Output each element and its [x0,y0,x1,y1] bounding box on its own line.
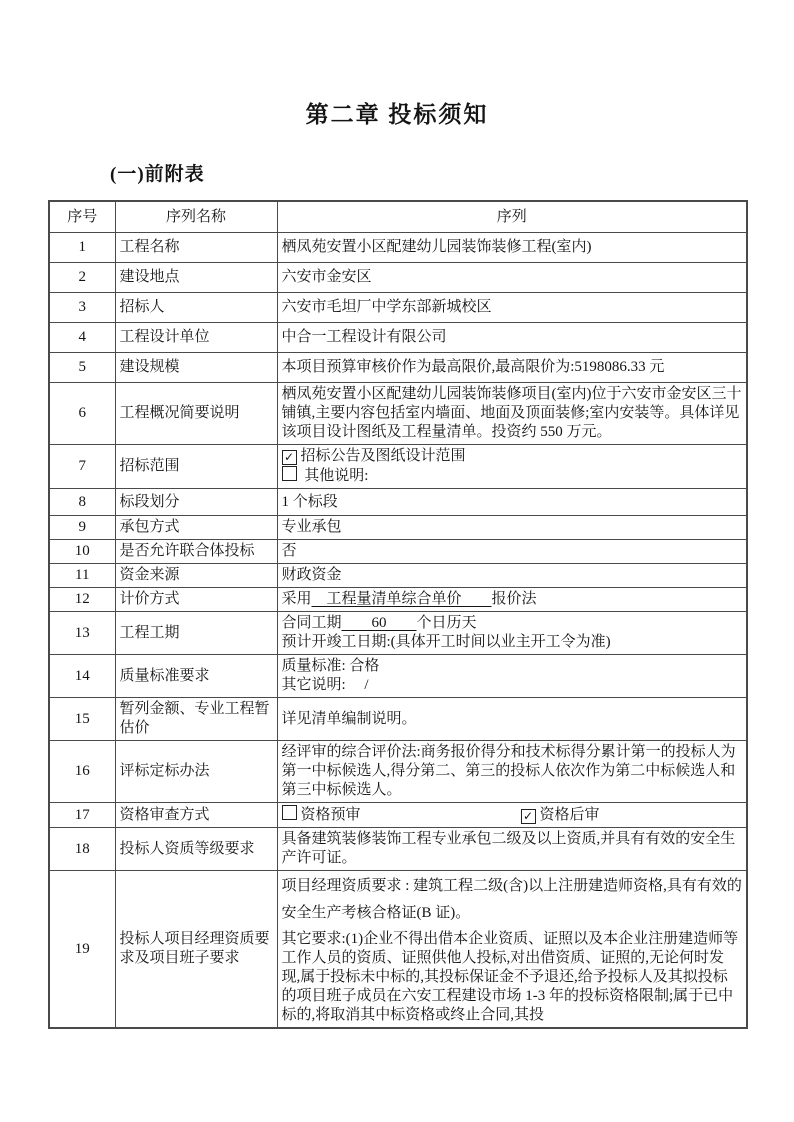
spacer [361,818,521,819]
row-item-name: 暂列金额、专业工程暂估价 [115,698,277,741]
row-item-content: 项目经理资质要求 : 建筑工程二级(含)以上注册建造师资格,具有有效的安全生产考… [277,871,747,1029]
row-item-name: 工程工期 [115,612,277,655]
content-text: 详见清单编制说明。 [282,711,417,727]
content-text: 六安市金安区 [282,269,372,285]
row-serial-number: 2 [49,263,115,293]
row-item-content: 专业承包 [277,516,747,540]
content-text: 栖凤苑安置小区配建幼儿园装饰装修工程(室内) [282,239,592,255]
checkbox-unchecked-icon [282,805,297,820]
table-row: 19投标人项目经理资质要求及项目班子要求项目经理资质要求 : 建筑工程二级(含)… [49,871,747,1029]
row-item-name: 投标人项目经理资质要求及项目班子要求 [115,871,277,1029]
content-paragraph: 采用 工程量清单综合单价 报价法 [282,590,743,609]
table-row: 11资金来源 财政资金 [49,564,747,588]
row-item-name: 是否允许联合体投标 [115,540,277,564]
row-item-name: 承包方式 [115,516,277,540]
row-serial-number: 13 [49,612,115,655]
checkbox-unchecked-icon [282,466,297,481]
content-paragraph: 专业承包 [282,518,743,537]
table-header-row: 序号 序列名称 序列 [49,201,747,233]
row-serial-number: 7 [49,445,115,489]
table-row: 14质量标准要求质量标准: 合格其它说明: / [49,655,747,698]
table-row: 6工程概况简要说明栖凤苑安置小区配建幼儿园装饰装修项目(室内)位于六安市金安区三… [49,383,747,445]
content-text: 其它要求:(1)企业不得出借本企业资质、证照以及本企业注册建造师等工作人员的资质… [282,931,739,1023]
row-item-name: 工程概况简要说明 [115,383,277,445]
row-item-content: 合同工期 60 个日历天预计开竣工日期:(具体开工时间以业主开工令为准) [277,612,747,655]
table-row: 8标段划分 1 个标段 [49,489,747,516]
row-serial-number: 9 [49,516,115,540]
row-item-name: 资格审查方式 [115,803,277,828]
row-serial-number: 3 [49,293,115,323]
content-text: 栖凤苑安置小区配建幼儿园装饰装修项目(室内)位于六安市金安区三十铺镇,主要内容包… [282,386,742,440]
content-paragraph: 其它说明: / [282,676,743,695]
row-item-content: 质量标准: 合格其它说明: / [277,655,747,698]
row-item-content: 1 个标段 [277,489,747,516]
table-row: 3招标人六安市毛坦厂中学东部新城校区 [49,293,747,323]
row-item-name: 建设地点 [115,263,277,293]
row-item-name: 评标定标办法 [115,741,277,803]
content-paragraph: 财政资金 [282,566,743,585]
row-item-content: 六安市金安区 [277,263,747,293]
content-text: 招标公告及图纸设计范围 [301,448,466,464]
row-item-content: 本项目预算审核价作为最高限价,最高限价为:5198086.33 元 [277,353,747,383]
row-serial-number: 19 [49,871,115,1029]
content-paragraph: 其它要求:(1)企业不得出借本企业资质、证照以及本企业注册建造师等工作人员的资质… [282,930,743,1025]
content-text: 合同工期 [282,615,342,631]
table-row: 17资格审查方式资格预审✓资格后审 [49,803,747,828]
table-row: 7招标范围✓招标公告及图纸设计范围 其他说明: [49,445,747,489]
row-item-content: 中合一工程设计有限公司 [277,323,747,353]
content-paragraph: 经评审的综合评价法:商务报价得分和技术标得分累计第一的投标人为第一中标候选人,得… [282,743,743,800]
row-item-name: 工程名称 [115,233,277,263]
row-item-name: 投标人资质等级要求 [115,828,277,871]
content-text: 报价法 [492,591,537,607]
content-text: 经评审的综合评价法:商务报价得分和技术标得分累计第一的投标人为第一中标候选人,得… [282,744,736,798]
row-serial-number: 14 [49,655,115,698]
content-text: 六安市毛坦厂中学东部新城校区 [282,299,492,315]
row-serial-number: 4 [49,323,115,353]
row-item-content: 具备建筑装修装饰工程专业承包二级及以上资质,并具有有效的安全生产许可证。 [277,828,747,871]
row-serial-number: 8 [49,489,115,516]
section-title: (一)前附表 [110,159,794,186]
content-text: 其他说明: [301,468,369,484]
row-item-name: 计价方式 [115,588,277,612]
content-text: 否 [282,543,297,559]
chapter-title: 第二章 投标须知 [0,0,794,129]
row-serial-number: 18 [49,828,115,871]
content-paragraph: ✓招标公告及图纸设计范围 [282,447,743,466]
content-text: 本项目预算审核价作为最高限价,最高限价为:5198086.33 元 [282,359,665,375]
row-item-content: 采用 工程量清单综合单价 报价法 [277,588,747,612]
table-row: 4工程设计单位中合一工程设计有限公司 [49,323,747,353]
content-text: 专业承包 [282,519,342,535]
row-item-content: 栖凤苑安置小区配建幼儿园装饰装修工程(室内) [277,233,747,263]
row-item-content: 栖凤苑安置小区配建幼儿园装饰装修项目(室内)位于六安市金安区三十铺镇,主要内容包… [277,383,747,445]
row-serial-number: 10 [49,540,115,564]
front-attached-table: 序号 序列名称 序列 1工程名称栖凤苑安置小区配建幼儿园装饰装修工程(室内)2建… [48,200,748,1029]
row-serial-number: 16 [49,741,115,803]
row-item-name: 招标范围 [115,445,277,489]
content-paragraph: 预计开竣工日期:(具体开工时间以业主开工令为准) [282,633,743,652]
header-serial-number: 序号 [49,201,115,233]
content-paragraph: 本项目预算审核价作为最高限价,最高限价为:5198086.33 元 [282,358,743,377]
content-paragraph: 栖凤苑安置小区配建幼儿园装饰装修工程(室内) [282,238,743,257]
content-text: 其它说明: / [282,677,369,693]
content-paragraph: 栖凤苑安置小区配建幼儿园装饰装修项目(室内)位于六安市金安区三十铺镇,主要内容包… [282,385,743,442]
row-item-content: 经评审的综合评价法:商务报价得分和技术标得分累计第一的投标人为第一中标候选人,得… [277,741,747,803]
content-paragraph: 否 [282,542,743,561]
content-paragraph: 资格预审✓资格后审 [282,805,743,825]
table-row: 5建设规模 本项目预算审核价作为最高限价,最高限价为:5198086.33 元 [49,353,747,383]
header-item-name: 序列名称 [115,201,277,233]
content-paragraph: 详见清单编制说明。 [282,710,743,729]
table-row: 1工程名称栖凤苑安置小区配建幼儿园装饰装修工程(室内) [49,233,747,263]
content-text: 资格后审 [540,807,600,823]
row-item-content: 否 [277,540,747,564]
document-page: 第二章 投标须知 (一)前附表 序号 序列名称 序列 1工程名称栖凤苑安置小区配… [0,0,794,1122]
content-paragraph: 其他说明: [282,466,743,486]
content-paragraph: 中合一工程设计有限公司 [282,328,743,347]
table-row: 15暂列金额、专业工程暂估价详见清单编制说明。 [49,698,747,741]
table-row: 18投标人资质等级要求具备建筑装修装饰工程专业承包二级及以上资质,并具有有效的安… [49,828,747,871]
row-item-content: 财政资金 [277,564,747,588]
content-text: 60 [342,615,417,631]
header-item-content: 序列 [277,201,747,233]
row-item-content: ✓招标公告及图纸设计范围 其他说明: [277,445,747,489]
content-text: 预计开竣工日期:(具体开工时间以业主开工令为准) [282,634,611,650]
row-serial-number: 12 [49,588,115,612]
content-paragraph: 六安市毛坦厂中学东部新城校区 [282,298,743,317]
content-text: 项目经理资质要求 : 建筑工程二级(含)以上注册建造师资格,具有有效的安全生产考… [282,878,742,921]
row-serial-number: 17 [49,803,115,828]
row-item-name: 标段划分 [115,489,277,516]
content-text: 质量标准: 合格 [282,658,380,674]
content-text: 个日历天 [417,615,477,631]
row-item-content: 详见清单编制说明。 [277,698,747,741]
table-row: 10是否允许联合体投标 否 [49,540,747,564]
table-row: 12计价方式采用 工程量清单综合单价 报价法 [49,588,747,612]
table-row: 16评标定标办法经评审的综合评价法:商务报价得分和技术标得分累计第一的投标人为第… [49,741,747,803]
content-text: 具备建筑装修装饰工程专业承包二级及以上资质,并具有有效的安全生产许可证。 [282,831,736,866]
row-item-content: 六安市毛坦厂中学东部新城校区 [277,293,747,323]
content-text: 采用 [282,591,312,607]
row-item-name: 工程设计单位 [115,323,277,353]
content-paragraph: 六安市金安区 [282,268,743,287]
row-item-content: 资格预审✓资格后审 [277,803,747,828]
row-item-name: 质量标准要求 [115,655,277,698]
row-serial-number: 1 [49,233,115,263]
row-item-name: 招标人 [115,293,277,323]
row-serial-number: 5 [49,353,115,383]
checkbox-checked-icon: ✓ [282,450,297,465]
content-paragraph: 具备建筑装修装饰工程专业承包二级及以上资质,并具有有效的安全生产许可证。 [282,830,743,868]
content-paragraph: 质量标准: 合格 [282,657,743,676]
row-item-name: 建设规模 [115,353,277,383]
content-text: 工程量清单综合单价 [312,591,492,607]
row-serial-number: 6 [49,383,115,445]
content-text: 财政资金 [282,567,342,583]
table-row: 9承包方式 专业承包 [49,516,747,540]
table-row: 2建设地点六安市金安区 [49,263,747,293]
content-text: 1 个标段 [282,494,338,510]
row-serial-number: 11 [49,564,115,588]
content-paragraph: 项目经理资质要求 : 建筑工程二级(含)以上注册建造师资格,具有有效的安全生产考… [282,873,743,927]
content-text: 中合一工程设计有限公司 [282,329,447,345]
table-row: 13工程工期合同工期 60 个日历天预计开竣工日期:(具体开工时间以业主开工令为… [49,612,747,655]
table-body: 1工程名称栖凤苑安置小区配建幼儿园装饰装修工程(室内)2建设地点六安市金安区3招… [49,233,747,1029]
row-item-name: 资金来源 [115,564,277,588]
content-paragraph: 1 个标段 [282,493,743,512]
row-serial-number: 15 [49,698,115,741]
checkbox-checked-icon: ✓ [521,809,536,824]
content-paragraph: 合同工期 60 个日历天 [282,614,743,633]
content-text: 资格预审 [301,807,361,823]
